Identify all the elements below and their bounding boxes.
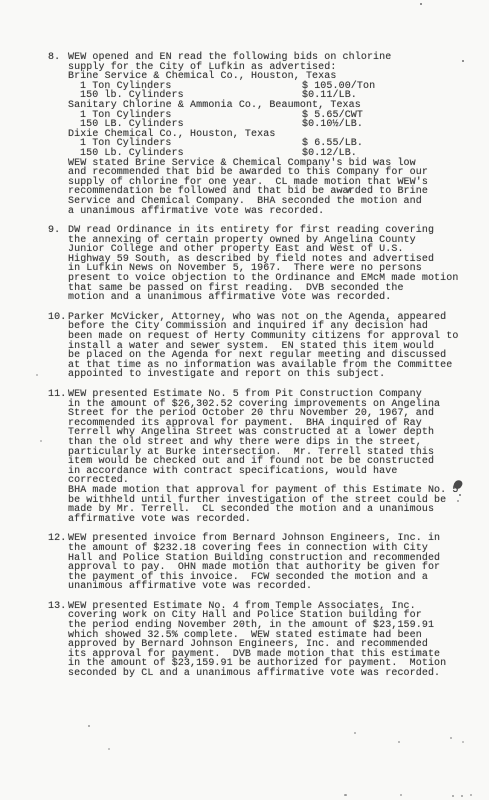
item-number: 10. — [48, 313, 68, 380]
item-number: 9. — [48, 226, 68, 303]
minutes-item-9: 9. DW read Ordinance in its entirety for… — [48, 226, 460, 303]
item-number: 11. — [48, 390, 68, 524]
scan-speck — [88, 725, 90, 727]
item-body: Parker McVicker, Attorney, who was not o… — [68, 313, 460, 380]
item-body: WEW presented invoice from Bernard Johns… — [68, 534, 460, 592]
scan-speck — [420, 3, 422, 5]
scan-speck — [462, 741, 464, 743]
scan-speck — [462, 60, 464, 62]
item-9-text: DW read Ordinance in its entirety for fi… — [68, 226, 460, 303]
bid-block-dixie: Dixie Chemical Co., Houston, Texas 1 Ton… — [68, 130, 460, 159]
minutes-item-13: 13. WEW presented Estimate No. 4 from Te… — [48, 602, 460, 679]
scan-speck — [457, 500, 459, 502]
item-body: WEW presented Estimate No. 5 from Pit Co… — [68, 390, 460, 524]
scanned-minutes-page: 8. WEW opened and EN read the following … — [0, 0, 489, 800]
item-body: WEW presented Estimate No. 4 from Temple… — [68, 602, 460, 679]
item-body: DW read Ordinance in its entirety for fi… — [68, 226, 460, 303]
item-11-text: WEW presented Estimate No. 5 from Pit Co… — [68, 390, 460, 524]
scan-speck — [218, 352, 220, 354]
scan-speck — [40, 440, 42, 442]
minutes-content: 8. WEW opened and EN read the following … — [48, 53, 460, 689]
scan-speck — [344, 794, 347, 796]
item-number: 13. — [48, 602, 68, 679]
scan-speck — [450, 737, 452, 739]
item-12-text: WEW presented invoice from Bernard Johns… — [68, 534, 460, 592]
bid-price: $0.10½/LB. — [302, 120, 363, 130]
scan-speck — [36, 374, 38, 376]
scan-speck — [461, 795, 463, 797]
item-8-closing: WEW stated Brine Service & Chemical Comp… — [68, 159, 460, 217]
minutes-item-12: 12. WEW presented invoice from Bernard J… — [48, 534, 460, 592]
bid-block-brine: Brine Service & Chemical Co., Houston, T… — [68, 72, 460, 101]
scan-speck — [354, 732, 356, 734]
scan-speck — [398, 741, 400, 743]
scan-speck — [400, 794, 402, 796]
item-number: 8. — [48, 53, 68, 216]
minutes-item-8: 8. WEW opened and EN read the following … — [48, 53, 460, 216]
item-8-intro: WEW opened and EN read the following bid… — [68, 53, 460, 72]
item-body: WEW opened and EN read the following bid… — [68, 53, 460, 216]
scan-speck — [452, 795, 454, 797]
scan-speck — [108, 748, 110, 750]
minutes-item-11: 11. WEW presented Estimate No. 5 from Pi… — [48, 390, 460, 524]
item-10-text: Parker McVicker, Attorney, who was not o… — [68, 313, 460, 380]
item-13-text: WEW presented Estimate No. 4 from Temple… — [68, 602, 460, 679]
item-number: 12. — [48, 534, 68, 592]
scan-speck — [470, 794, 472, 796]
minutes-item-10: 10. Parker McVicker, Attorney, who was n… — [48, 313, 460, 380]
bid-block-sanitary: Sanitary Chlorine & Ammonia Co., Beaumon… — [68, 101, 460, 130]
scan-speck — [459, 494, 461, 496]
